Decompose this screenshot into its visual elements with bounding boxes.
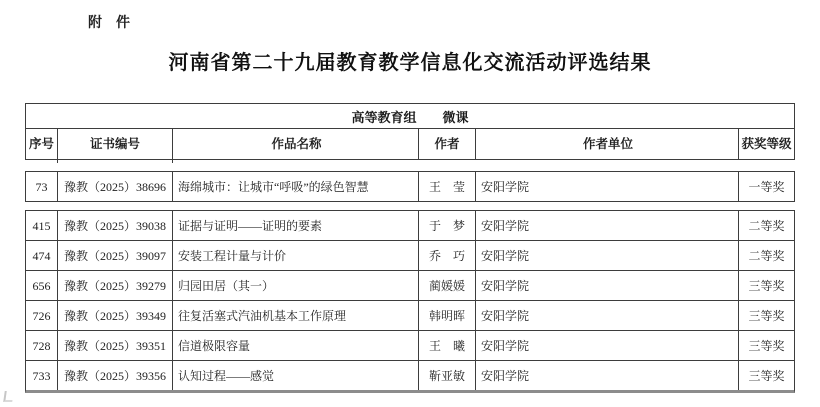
cell-certificate-number: 豫教（2025）39038 — [58, 211, 173, 240]
column-header-author: 作者 — [419, 129, 476, 159]
group-header: 高等教育组 微课 — [26, 104, 794, 128]
column-header-unit: 作者单位 — [476, 129, 739, 159]
cell-author-unit: 安阳学院 — [476, 241, 739, 270]
cell-author: 韩明晖 — [419, 301, 476, 330]
cell-author: 乔 巧 — [419, 241, 476, 270]
scan-corner-artifact — [3, 391, 14, 402]
cell-certificate-number: 豫教（2025）39279 — [58, 271, 173, 300]
cell-author-unit: 安阳学院 — [476, 361, 739, 390]
cell-serial-number: 728 — [26, 331, 58, 360]
cell-author: 靳亚敏 — [419, 361, 476, 390]
cell-author-unit: 安阳学院 — [476, 211, 739, 240]
cell-author-unit: 安阳学院 — [476, 172, 739, 201]
cell-work-title: 归园田居（其一） — [173, 271, 419, 300]
cell-award-level: 三等奖 — [739, 301, 794, 330]
table-row: 728 豫教（2025）39351 信道极限容量 王 曦 安阳学院 三等奖 — [26, 330, 794, 360]
table-header-box: 高等教育组 微课 序号 证书编号 作品名称 作者 作者单位 获奖等级 — [25, 103, 795, 160]
cell-serial-number: 474 — [26, 241, 58, 270]
page-title: 河南省第二十九届教育教学信息化交流活动评选结果 — [0, 46, 820, 75]
cell-work-title: 海绵城市：让城市“呼吸”的绿色智慧 — [173, 172, 419, 201]
cell-author: 王 曦 — [419, 331, 476, 360]
cell-serial-number: 656 — [26, 271, 58, 300]
table-row: 474 豫教（2025）39097 安装工程计量与计价 乔 巧 安阳学院 二等奖 — [26, 240, 794, 270]
cell-work-title: 安装工程计量与计价 — [173, 241, 419, 270]
column-header-certificate: 证书编号 — [58, 129, 173, 159]
attachment-label: 附 件 — [88, 12, 130, 32]
cell-work-title: 证据与证明——证明的要素 — [173, 211, 419, 240]
scan-line-stub — [172, 158, 173, 163]
cell-certificate-number: 豫教（2025）39349 — [58, 301, 173, 330]
cell-certificate-number: 豫教（2025）38696 — [58, 172, 173, 201]
cell-serial-number: 73 — [26, 172, 58, 201]
table-body-section-1: 73 豫教（2025）38696 海绵城市：让城市“呼吸”的绿色智慧 王 莹 安… — [25, 171, 795, 202]
cell-award-level: 二等奖 — [739, 241, 794, 270]
cell-author: 蔺媛媛 — [419, 271, 476, 300]
cell-award-level: 三等奖 — [739, 271, 794, 300]
column-header-work-title: 作品名称 — [173, 129, 419, 159]
column-header-award-level: 获奖等级 — [739, 129, 794, 159]
cell-serial-number: 733 — [26, 361, 58, 390]
table-row: 733 豫教（2025）39356 认知过程——感觉 靳亚敏 安阳学院 三等奖 — [26, 360, 794, 390]
cell-author-unit: 安阳学院 — [476, 271, 739, 300]
cell-award-level: 一等奖 — [739, 172, 794, 201]
scan-line-stub — [57, 384, 58, 389]
column-header-serial: 序号 — [26, 129, 58, 159]
column-header-row: 序号 证书编号 作品名称 作者 作者单位 获奖等级 — [26, 128, 794, 159]
cell-certificate-number: 豫教（2025）39097 — [58, 241, 173, 270]
cell-author-unit: 安阳学院 — [476, 301, 739, 330]
cell-author: 王 莹 — [419, 172, 476, 201]
cell-serial-number: 726 — [26, 301, 58, 330]
cell-award-level: 二等奖 — [739, 211, 794, 240]
table-row: 73 豫教（2025）38696 海绵城市：让城市“呼吸”的绿色智慧 王 莹 安… — [26, 172, 794, 201]
table-row: 656 豫教（2025）39279 归园田居（其一） 蔺媛媛 安阳学院 三等奖 — [26, 270, 794, 300]
scan-line-stub — [57, 158, 58, 163]
cell-award-level: 三等奖 — [739, 361, 794, 390]
cell-work-title: 认知过程——感觉 — [173, 361, 419, 390]
cell-award-level: 三等奖 — [739, 331, 794, 360]
table-row: 415 豫教（2025）39038 证据与证明——证明的要素 于 梦 安阳学院 … — [26, 211, 794, 240]
table-body-section-2: 415 豫教（2025）39038 证据与证明——证明的要素 于 梦 安阳学院 … — [25, 210, 795, 393]
scan-line-stub — [172, 384, 173, 389]
cell-work-title: 信道极限容量 — [173, 331, 419, 360]
cell-serial-number: 415 — [26, 211, 58, 240]
cell-work-title: 往复活塞式汽油机基本工作原理 — [173, 301, 419, 330]
table-row: 726 豫教（2025）39349 往复活塞式汽油机基本工作原理 韩明晖 安阳学… — [26, 300, 794, 330]
group-header-label: 高等教育组 微课 — [351, 107, 468, 126]
cell-author-unit: 安阳学院 — [476, 331, 739, 360]
cell-certificate-number: 豫教（2025）39356 — [58, 361, 173, 390]
cell-author: 于 梦 — [419, 211, 476, 240]
cell-certificate-number: 豫教（2025）39351 — [58, 331, 173, 360]
